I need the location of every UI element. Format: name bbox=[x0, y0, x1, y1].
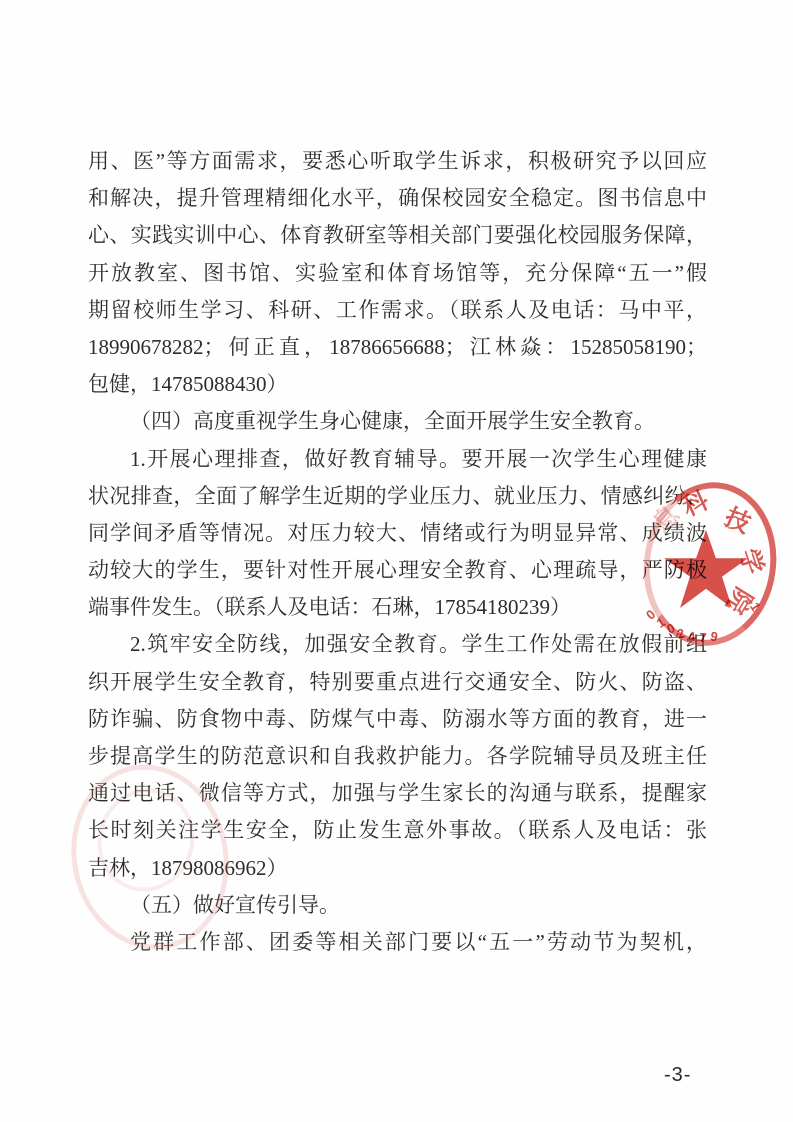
text-line: 党群工作部、团委等相关部门要以“五一”劳动节为契机， bbox=[88, 924, 707, 961]
text-line: 期留校师生学习、科研、工作需求。（联系人及电话：马中平， bbox=[88, 292, 707, 329]
text-line: 开放教室、图书馆、实验室和体育场馆等，充分保障“五一”假 bbox=[88, 255, 707, 292]
text-line: 防诈骗、防食物中毒、防煤气中毒、防溺水等方面的教育，进一 bbox=[88, 701, 707, 738]
text-line: 端事件发生。（联系人及电话：石琳，17854180239） bbox=[88, 589, 707, 626]
seal-arc-character: 学 bbox=[732, 544, 767, 579]
seal-serial-digit: 9 bbox=[705, 628, 724, 647]
text-line: 状况排查，全面了解学生近期的学业压力、就业压力、情感纠纷、 bbox=[88, 478, 707, 515]
text-line: 织开展学生安全教育，特别要重点进行交通安全、防火、防盗、 bbox=[88, 664, 707, 701]
document-body: 用、医”等方面需求，要悉心听取学生诉求，积极研究予以回应和解决，提升管理精细化水… bbox=[88, 143, 707, 961]
text-line: 和解决，提升管理精细化水平，确保校园安全稳定。图书信息中 bbox=[88, 180, 707, 217]
text-line: 吉林，18798086962） bbox=[88, 850, 707, 887]
text-line: （四）高度重视学生身心健康，全面开展学生安全教育。 bbox=[88, 403, 707, 440]
text-line: 长时刻关注学生安全，防止发生意外事故。（联系人及电话：张 bbox=[88, 812, 707, 849]
text-line: 包健，14785088430） bbox=[88, 366, 707, 403]
text-line: 心、实践实训中心、体育教研室等相关部门要强化校园服务保障， bbox=[88, 217, 707, 254]
seal-arc-character: 技 bbox=[719, 504, 756, 541]
text-line: 用、医”等方面需求，要悉心听取学生诉求，积极研究予以回应 bbox=[88, 143, 707, 180]
page-number: -3- bbox=[664, 1064, 691, 1087]
text-line: 同学间矛盾等情况。对压力较大、情绪或行为明显异常、成绩波 bbox=[88, 515, 707, 552]
text-line: 通过电话、微信等方式，加强与学生家长的沟通与联系，提醒家 bbox=[88, 775, 707, 812]
text-line: 18990678282；何正直，18786656688；江林焱：15285058… bbox=[88, 329, 707, 366]
seal-arc-character: 院 bbox=[719, 581, 758, 620]
seal-serial-digit: 1 bbox=[744, 596, 766, 618]
text-line: 动较大的学生，要针对性开展心理安全教育、心理疏导，严防极 bbox=[88, 552, 707, 589]
document-page: 用、医”等方面需求，要悉心听取学生诉求，积极研究予以回应和解决，提升管理精细化水… bbox=[0, 0, 793, 1122]
text-line: （五）做好宣传引导。 bbox=[88, 887, 707, 924]
text-line: 2.筑牢安全防线，加强安全教育。学生工作处需在放假前组 bbox=[88, 626, 707, 663]
text-line: 1.开展心理排查，做好教育辅导。要开展一次学生心理健康 bbox=[88, 441, 707, 478]
text-line: 步提高学生的防范意识和自我救护能力。各学院辅导员及班主任 bbox=[88, 738, 707, 775]
